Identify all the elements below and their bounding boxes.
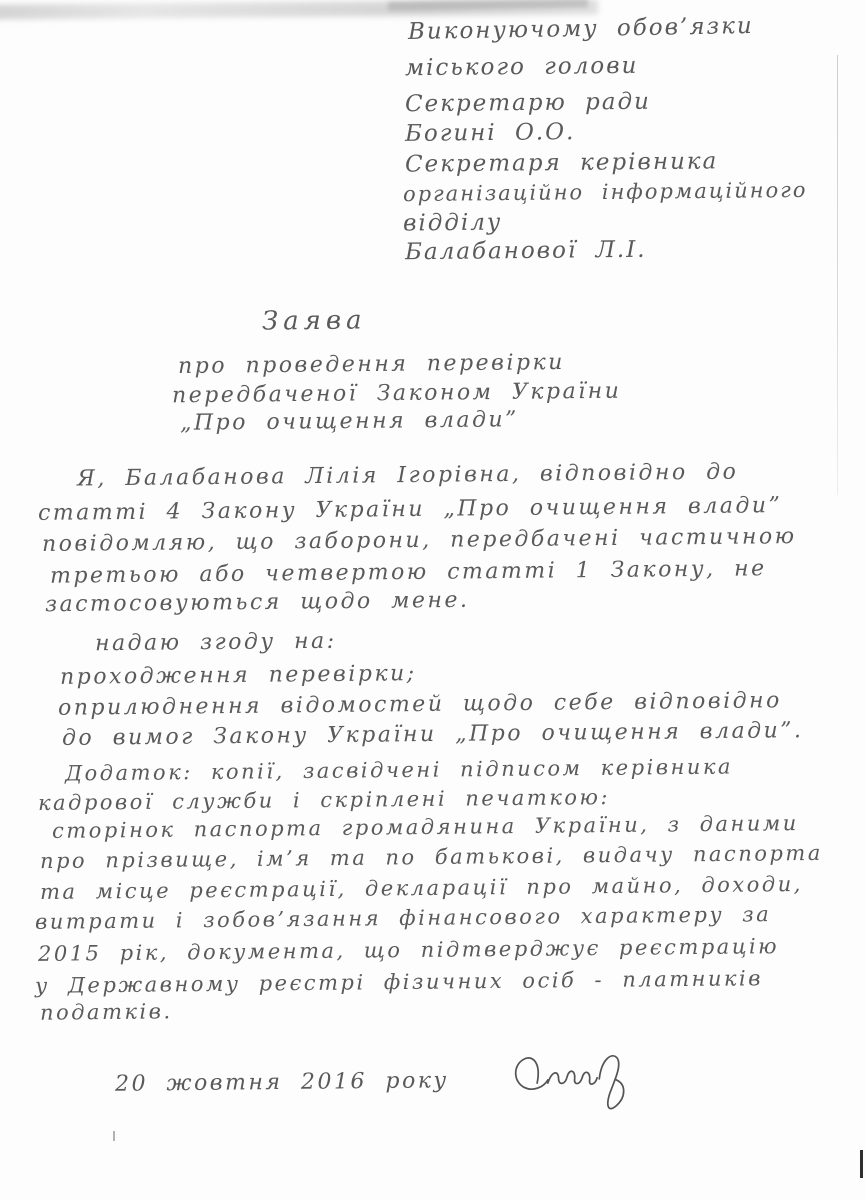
intro-line: застосовуються щодо мене. bbox=[45, 588, 470, 617]
intro-line: повідомляю, що заборони, передбачені час… bbox=[42, 524, 797, 557]
intro-line: статті 4 Закону України „Про очищення вл… bbox=[38, 493, 783, 526]
attachment-line: кадрової служби і скріплені печаткою: bbox=[38, 785, 610, 815]
scan-tick-bottom bbox=[113, 1131, 115, 1141]
sender-line: організаційно інформаційного bbox=[403, 178, 808, 206]
addressee-line: Богині О.О. bbox=[405, 119, 576, 147]
addressee-line: міського голови bbox=[405, 53, 639, 81]
scanned-document-page: Виконуючому обов’язки міського голови Се… bbox=[0, 0, 865, 1200]
consent-line: до вимог Закону України „Про очищення вл… bbox=[62, 718, 804, 751]
consent-line: проходження перевірки; bbox=[60, 661, 417, 690]
intro-line: третьою або четвертою статті 1 Закону, н… bbox=[50, 556, 767, 589]
addressee-line: Виконуючому обов’язки bbox=[408, 13, 754, 45]
subtitle-line: про проведення перевірки bbox=[178, 350, 565, 379]
attachment-line: у Державному реєстрі фізичних осіб - пла… bbox=[35, 966, 763, 998]
consent-heading: надаю згоду на: bbox=[95, 629, 337, 657]
attachment-line: Додаток: копії, засвідчені підписом кері… bbox=[65, 755, 733, 786]
sender-line: відділу bbox=[403, 209, 503, 236]
attachment-line: про прізвище, ім’я та по батькові, видач… bbox=[40, 841, 823, 873]
attachment-line: податків. bbox=[40, 999, 173, 1024]
subtitle-line: передбаченої Законом України bbox=[172, 379, 622, 409]
subtitle-line: „Про очищення влади” bbox=[180, 407, 519, 436]
addressee-line: Секретарю ради bbox=[405, 89, 651, 118]
attachment-line: витрати і зобов’язання фінансового харак… bbox=[35, 902, 771, 934]
document-date: 20 жовтня 2016 року bbox=[115, 1068, 449, 1096]
consent-line: оприлюднення відомостей щодо себе відпов… bbox=[58, 688, 782, 721]
attachment-line: 2015 рік, документа, що підтверджує реєс… bbox=[38, 934, 779, 966]
sender-line: Секретаря керівника bbox=[405, 148, 719, 177]
attachment-line: та місце реєстрації, декларації про майн… bbox=[40, 872, 803, 904]
attachment-line: сторінок паспорта громадянина України, з… bbox=[52, 811, 799, 843]
sender-line: Балабанової Л.І. bbox=[405, 237, 647, 266]
handwritten-signature-icon bbox=[505, 1042, 655, 1120]
intro-line: Я, Балабанова Лілія Ігорівна, відповідно… bbox=[77, 460, 739, 492]
scan-line-right-edge bbox=[837, 55, 838, 495]
scan-mark-bottom-right bbox=[860, 1150, 863, 1178]
document-title: Заява bbox=[262, 305, 367, 336]
